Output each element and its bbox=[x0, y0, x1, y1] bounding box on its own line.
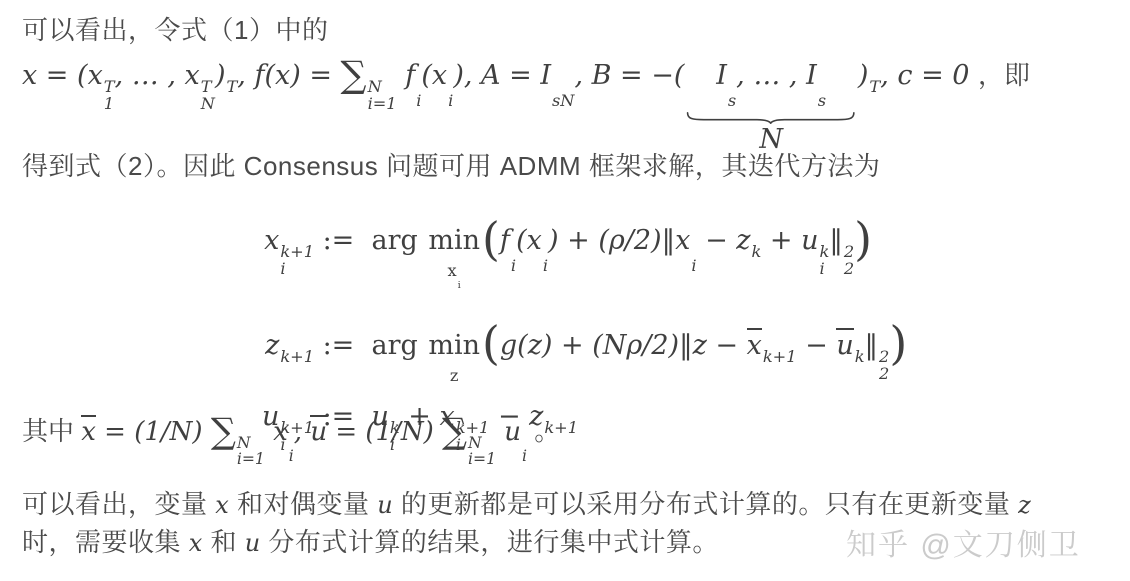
article-content: 可以看出，令式（1）中的 x = (xT1, … , xTN)T, f(x) =… bbox=[0, 0, 1130, 581]
equation-rhs: := arg minxi(fi(xi) + (ρ/2)‖xi − zk + uk… bbox=[314, 225, 872, 256]
paragraph-intro: 可以看出，令式（1）中的 bbox=[22, 12, 328, 48]
equation-lhs: xk+1i bbox=[238, 220, 314, 277]
equation-rhs: := arg minz(g(z) + (Nρ/2)‖z − xk+1 − uk‖… bbox=[314, 330, 907, 361]
inline-formula-line: x = (xT1, … , xTN)T, f(x) = ∑Ni=1 fi(xi)… bbox=[22, 50, 1030, 153]
paragraph-derivation: 得到式（2）。因此 Consensus 问题可用 ADMM 框架求解，其迭代方法… bbox=[22, 148, 880, 184]
equation-lhs: zk+1 bbox=[238, 325, 314, 382]
zhihu-watermark: 知乎 @文刀侧卫 bbox=[846, 520, 1081, 564]
equation-x-update: xk+1i := arg minxi(fi(xi) + (ρ/2)‖xi − z… bbox=[238, 198, 907, 291]
where-definition-line: 其中 x = (1/N) ∑Ni=1 xi, u = (1/N) ∑Ni=1 u… bbox=[22, 408, 560, 468]
equation-z-update: zk+1 := arg minz(g(z) + (Nρ/2)‖z − xk+1 … bbox=[238, 303, 907, 384]
